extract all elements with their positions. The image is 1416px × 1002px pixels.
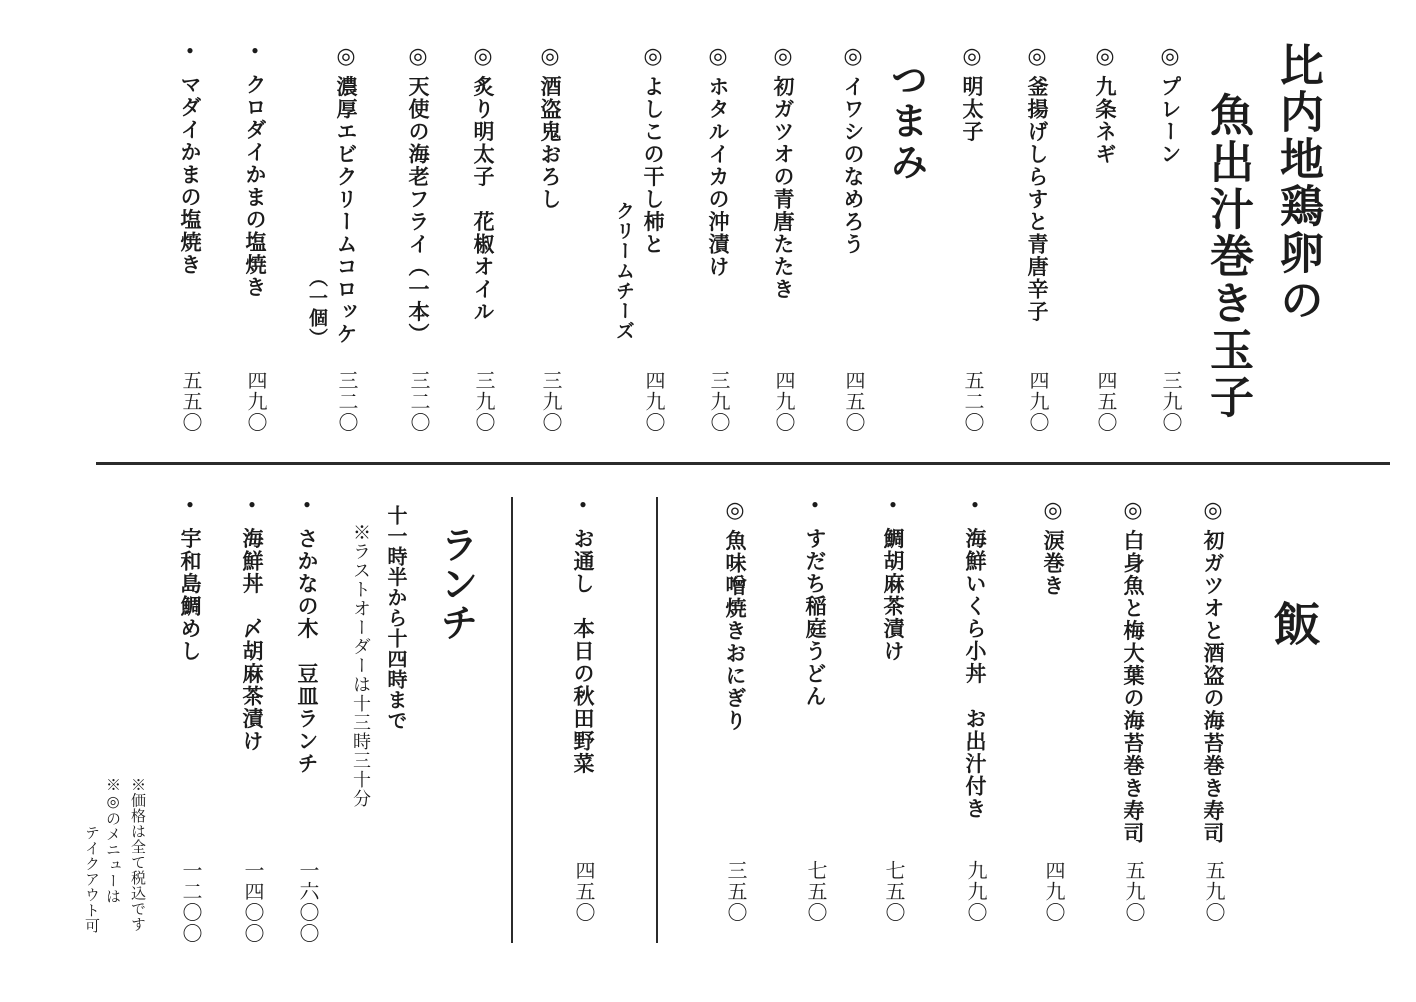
menu-item: ◎九条ネギ四五〇 [1090, 43, 1120, 166]
dot-marker-icon: ● [808, 497, 822, 513]
menu-item-price: 五二〇 [957, 370, 987, 433]
menu-item-name: ●すだち稲庭うどん [800, 497, 830, 708]
takeout-circle-marker-icon: ◎ [641, 43, 666, 71]
menu-item-label: 明太子 [960, 76, 984, 144]
menu-item: ◎初ガツオの青唐たたき四九〇 [768, 43, 798, 301]
menu-item-price: 三五〇 [720, 860, 750, 923]
takeout-circle-marker-icon: ◎ [1093, 43, 1118, 71]
menu-item-name: ●海鮮いくら小丼 お出汁付き [960, 497, 990, 820]
menu-item: ◎酒盗鬼おろし三九〇 [535, 43, 565, 211]
menu-item-label: 炙り明太子 花椒オイル [471, 76, 495, 324]
otoshi-left-rule [511, 497, 513, 943]
menu-item-price: 三二〇 [331, 370, 361, 433]
menu-item-label: 魚味噌焼きおにぎり [723, 530, 747, 733]
takeout-circle-marker-icon: ◎ [334, 43, 359, 71]
menu-item-label: クロダイかまの塩焼き [243, 74, 267, 299]
menu-item-name: ◎初ガツオの青唐たたき [768, 43, 798, 301]
menu-item-label: さかなの木 豆皿ランチ [295, 528, 319, 776]
menu-item-label: 初ガツオの青唐たたき [771, 76, 795, 301]
menu-item-price: 四五〇 [1090, 370, 1120, 433]
menu-item: ◎明太子五二〇 [957, 43, 987, 143]
menu-item: ◎魚味噌焼きおにぎり三五〇 [720, 497, 750, 732]
menu-item-label: プレーン [1158, 76, 1182, 166]
menu-item-price: 五五〇 [175, 370, 205, 433]
dot-marker-icon: ● [300, 497, 314, 513]
menu-item: ◎イワシのなめろう四五〇 [838, 43, 868, 256]
dot-marker-icon: ● [886, 497, 900, 513]
takeout-circle-marker-icon: ◎ [960, 43, 985, 71]
menu-item: ●宇和島鯛めし一二〇〇 [175, 497, 205, 663]
menu-item: ◎涙巻き四九〇 [1038, 497, 1068, 597]
menu-title-line2: 魚出汁巻き玉子 [1192, 42, 1262, 421]
menu-item: ◎初ガツオと酒盗の海苔巻き寿司五九〇 [1198, 497, 1228, 845]
menu-item-name: ●マダイかまの塩焼き [175, 43, 205, 276]
lunch-last-order-note: ※ラストオーダーは十三時三十分 [349, 523, 373, 808]
takeout-circle-marker-icon: ◎ [1158, 43, 1183, 71]
menu-item-price: 四五〇 [568, 860, 598, 923]
menu-item-label: 海鮮いくら小丼 お出汁付き [963, 528, 987, 821]
menu-item-price: 三二〇 [403, 370, 433, 433]
lunch-hours: 十一時半から十四時まで [382, 505, 408, 731]
menu-item-price: 四九〇 [240, 370, 270, 433]
takeout-circle-marker-icon: ◎ [771, 43, 796, 71]
dot-marker-icon: ● [576, 497, 590, 513]
footnote-takeout-line2: テイクアウト可 [80, 825, 102, 934]
menu-item-label-continued: （一個） [301, 43, 331, 348]
takeout-circle-marker-icon: ◎ [706, 43, 731, 71]
menu-item-label: お通し 本日の秋田野菜 [571, 528, 595, 776]
menu-item-label: すだち稲庭うどん [803, 528, 827, 708]
section-heading-tsumami: つまみ [883, 60, 927, 183]
menu-title: 比内地鶏卵の 魚出汁巻き玉子 [1192, 42, 1332, 421]
section-heading-meshi: 飯 [1267, 600, 1319, 646]
menu-item-price: 四九〇 [1022, 370, 1052, 433]
menu-item-price: 四九〇 [1038, 860, 1068, 923]
takeout-circle-marker-icon: ◎ [841, 43, 866, 71]
dot-marker-icon: ● [183, 497, 197, 513]
menu-item-name: ●お通し 本日の秋田野菜 [568, 497, 598, 775]
menu-item-price: 一二〇〇 [175, 860, 205, 944]
takeout-circle-marker-icon: ◎ [538, 43, 563, 71]
menu-item-price: 七五〇 [878, 860, 908, 923]
takeout-circle-marker-icon: ◎ [1041, 497, 1066, 525]
menu-item: ◎よしこの干し柿とクリームチーズ四九〇 [608, 43, 668, 341]
menu-item-label: 涙巻き [1041, 530, 1065, 598]
menu-item-label: 酒盗鬼おろし [538, 76, 562, 211]
menu-item-name: ◎涙巻き [1038, 497, 1068, 597]
menu-item: ●海鮮丼 〆胡麻茶漬け一四〇〇 [237, 497, 267, 753]
menu-item-name: ◎天使の海老フライ（一本） [403, 43, 433, 346]
takeout-circle-marker-icon: ◎ [1121, 497, 1146, 525]
menu-item-price: 五九〇 [1118, 860, 1148, 923]
dot-marker-icon: ● [968, 497, 982, 513]
menu-item-label: マダイかまの塩焼き [178, 74, 202, 277]
menu-item: ●お通し 本日の秋田野菜四五〇 [568, 497, 598, 775]
menu-item-label: 白身魚と梅大葉の海苔巻き寿司 [1121, 530, 1145, 845]
menu-item-price: 四五〇 [838, 370, 868, 433]
menu-item-label: 初ガツオと酒盗の海苔巻き寿司 [1201, 530, 1225, 845]
menu-item-name: ◎初ガツオと酒盗の海苔巻き寿司 [1198, 497, 1228, 845]
dot-marker-icon: ● [183, 43, 197, 59]
menu-item-name: ◎魚味噌焼きおにぎり [720, 497, 750, 732]
menu-item-price: 三九〇 [1155, 370, 1185, 433]
menu-item: ●海鮮いくら小丼 お出汁付き九九〇 [960, 497, 990, 820]
menu-title-line1: 比内地鶏卵の [1262, 42, 1332, 421]
menu-item-name: ◎炙り明太子 花椒オイル [468, 43, 498, 323]
menu-item: ●クロダイかまの塩焼き四九〇 [240, 43, 270, 299]
section-heading-lunch: ランチ [433, 525, 477, 642]
menu-item-name: ●宇和島鯛めし [175, 497, 205, 663]
menu-item: ●すだち稲庭うどん七五〇 [800, 497, 830, 708]
section-divider-rule [96, 462, 1390, 465]
takeout-circle-marker-icon: ◎ [406, 43, 431, 71]
menu-item-price: 三九〇 [468, 370, 498, 433]
menu-item-price: 四九〇 [638, 370, 668, 433]
footnote-tax-included: ※価格は全て税込です [126, 777, 148, 932]
menu-item-name: ◎濃厚エビクリームコロッケ（一個） [301, 43, 361, 348]
menu-item-name: ◎プレーン [1155, 43, 1185, 166]
menu-item: ◎白身魚と梅大葉の海苔巻き寿司五九〇 [1118, 497, 1148, 845]
menu-item-price: 一六〇〇 [292, 860, 322, 944]
menu-item-price: 四九〇 [768, 370, 798, 433]
menu-item-name: ◎釜揚げしらすと青唐辛子 [1022, 43, 1052, 323]
menu-item: ◎濃厚エビクリームコロッケ（一個）三二〇 [301, 43, 361, 348]
takeout-circle-marker-icon: ◎ [723, 497, 748, 525]
menu-item-label: 海鮮丼 〆胡麻茶漬け [240, 528, 264, 753]
otoshi-right-rule [656, 497, 658, 943]
menu-item-label: 鯛胡麻茶漬け [881, 528, 905, 663]
menu-item-label: よしこの干し柿と [641, 76, 665, 256]
dot-marker-icon: ● [248, 43, 262, 59]
menu-item-label: 宇和島鯛めし [178, 528, 202, 663]
menu-item-label: 濃厚エビクリームコロッケ [334, 76, 358, 346]
menu-item-name: ●クロダイかまの塩焼き [240, 43, 270, 299]
menu-item: ◎ホタルイカの沖漬け三九〇 [703, 43, 733, 278]
menu-item-name: ◎よしこの干し柿とクリームチーズ [608, 43, 668, 341]
menu-item-name: ◎九条ネギ [1090, 43, 1120, 166]
menu-item-label-continued: クリームチーズ [608, 43, 638, 341]
menu-item: ●マダイかまの塩焼き五五〇 [175, 43, 205, 276]
menu-item: ◎炙り明太子 花椒オイル三九〇 [468, 43, 498, 323]
menu-item-price: 三九〇 [703, 370, 733, 433]
menu-item-price: 七五〇 [800, 860, 830, 923]
menu-page: 比内地鶏卵の 魚出汁巻き玉子 ◎プレーン三九〇◎九条ネギ四五〇◎釜揚げしらすと青… [0, 0, 1416, 1002]
menu-item-name: ◎明太子 [957, 43, 987, 143]
menu-item-price: 五九〇 [1198, 860, 1228, 923]
menu-item: ◎天使の海老フライ（一本）三二〇 [403, 43, 433, 346]
menu-item-label: 釜揚げしらすと青唐辛子 [1025, 76, 1049, 324]
takeout-circle-marker-icon: ◎ [1025, 43, 1050, 71]
footnote-takeout-line1: ※◎のメニューは [101, 777, 123, 904]
menu-item-price: 一四〇〇 [237, 860, 267, 944]
menu-item: ●さかなの木 豆皿ランチ一六〇〇 [292, 497, 322, 775]
takeout-circle-marker-icon: ◎ [1201, 497, 1226, 525]
menu-item-name: ◎酒盗鬼おろし [535, 43, 565, 211]
menu-item: ◎釜揚げしらすと青唐辛子四九〇 [1022, 43, 1052, 323]
menu-item: ◎プレーン三九〇 [1155, 43, 1185, 166]
menu-item-name: ●鯛胡麻茶漬け [878, 497, 908, 663]
menu-item-label: 天使の海老フライ（一本） [406, 76, 430, 346]
menu-item-name: ◎ホタルイカの沖漬け [703, 43, 733, 278]
menu-item-price: 九九〇 [960, 860, 990, 923]
menu-item-label: イワシのなめろう [841, 76, 865, 256]
menu-item-label: 九条ネギ [1093, 76, 1117, 166]
menu-item-name: ●海鮮丼 〆胡麻茶漬け [237, 497, 267, 753]
menu-item: ●鯛胡麻茶漬け七五〇 [878, 497, 908, 663]
menu-item-price: 三九〇 [535, 370, 565, 433]
menu-item-name: ◎白身魚と梅大葉の海苔巻き寿司 [1118, 497, 1148, 845]
takeout-circle-marker-icon: ◎ [471, 43, 496, 71]
menu-item-name: ●さかなの木 豆皿ランチ [292, 497, 322, 775]
dot-marker-icon: ● [245, 497, 259, 513]
menu-item-name: ◎イワシのなめろう [838, 43, 868, 256]
menu-item-label: ホタルイカの沖漬け [706, 76, 730, 279]
